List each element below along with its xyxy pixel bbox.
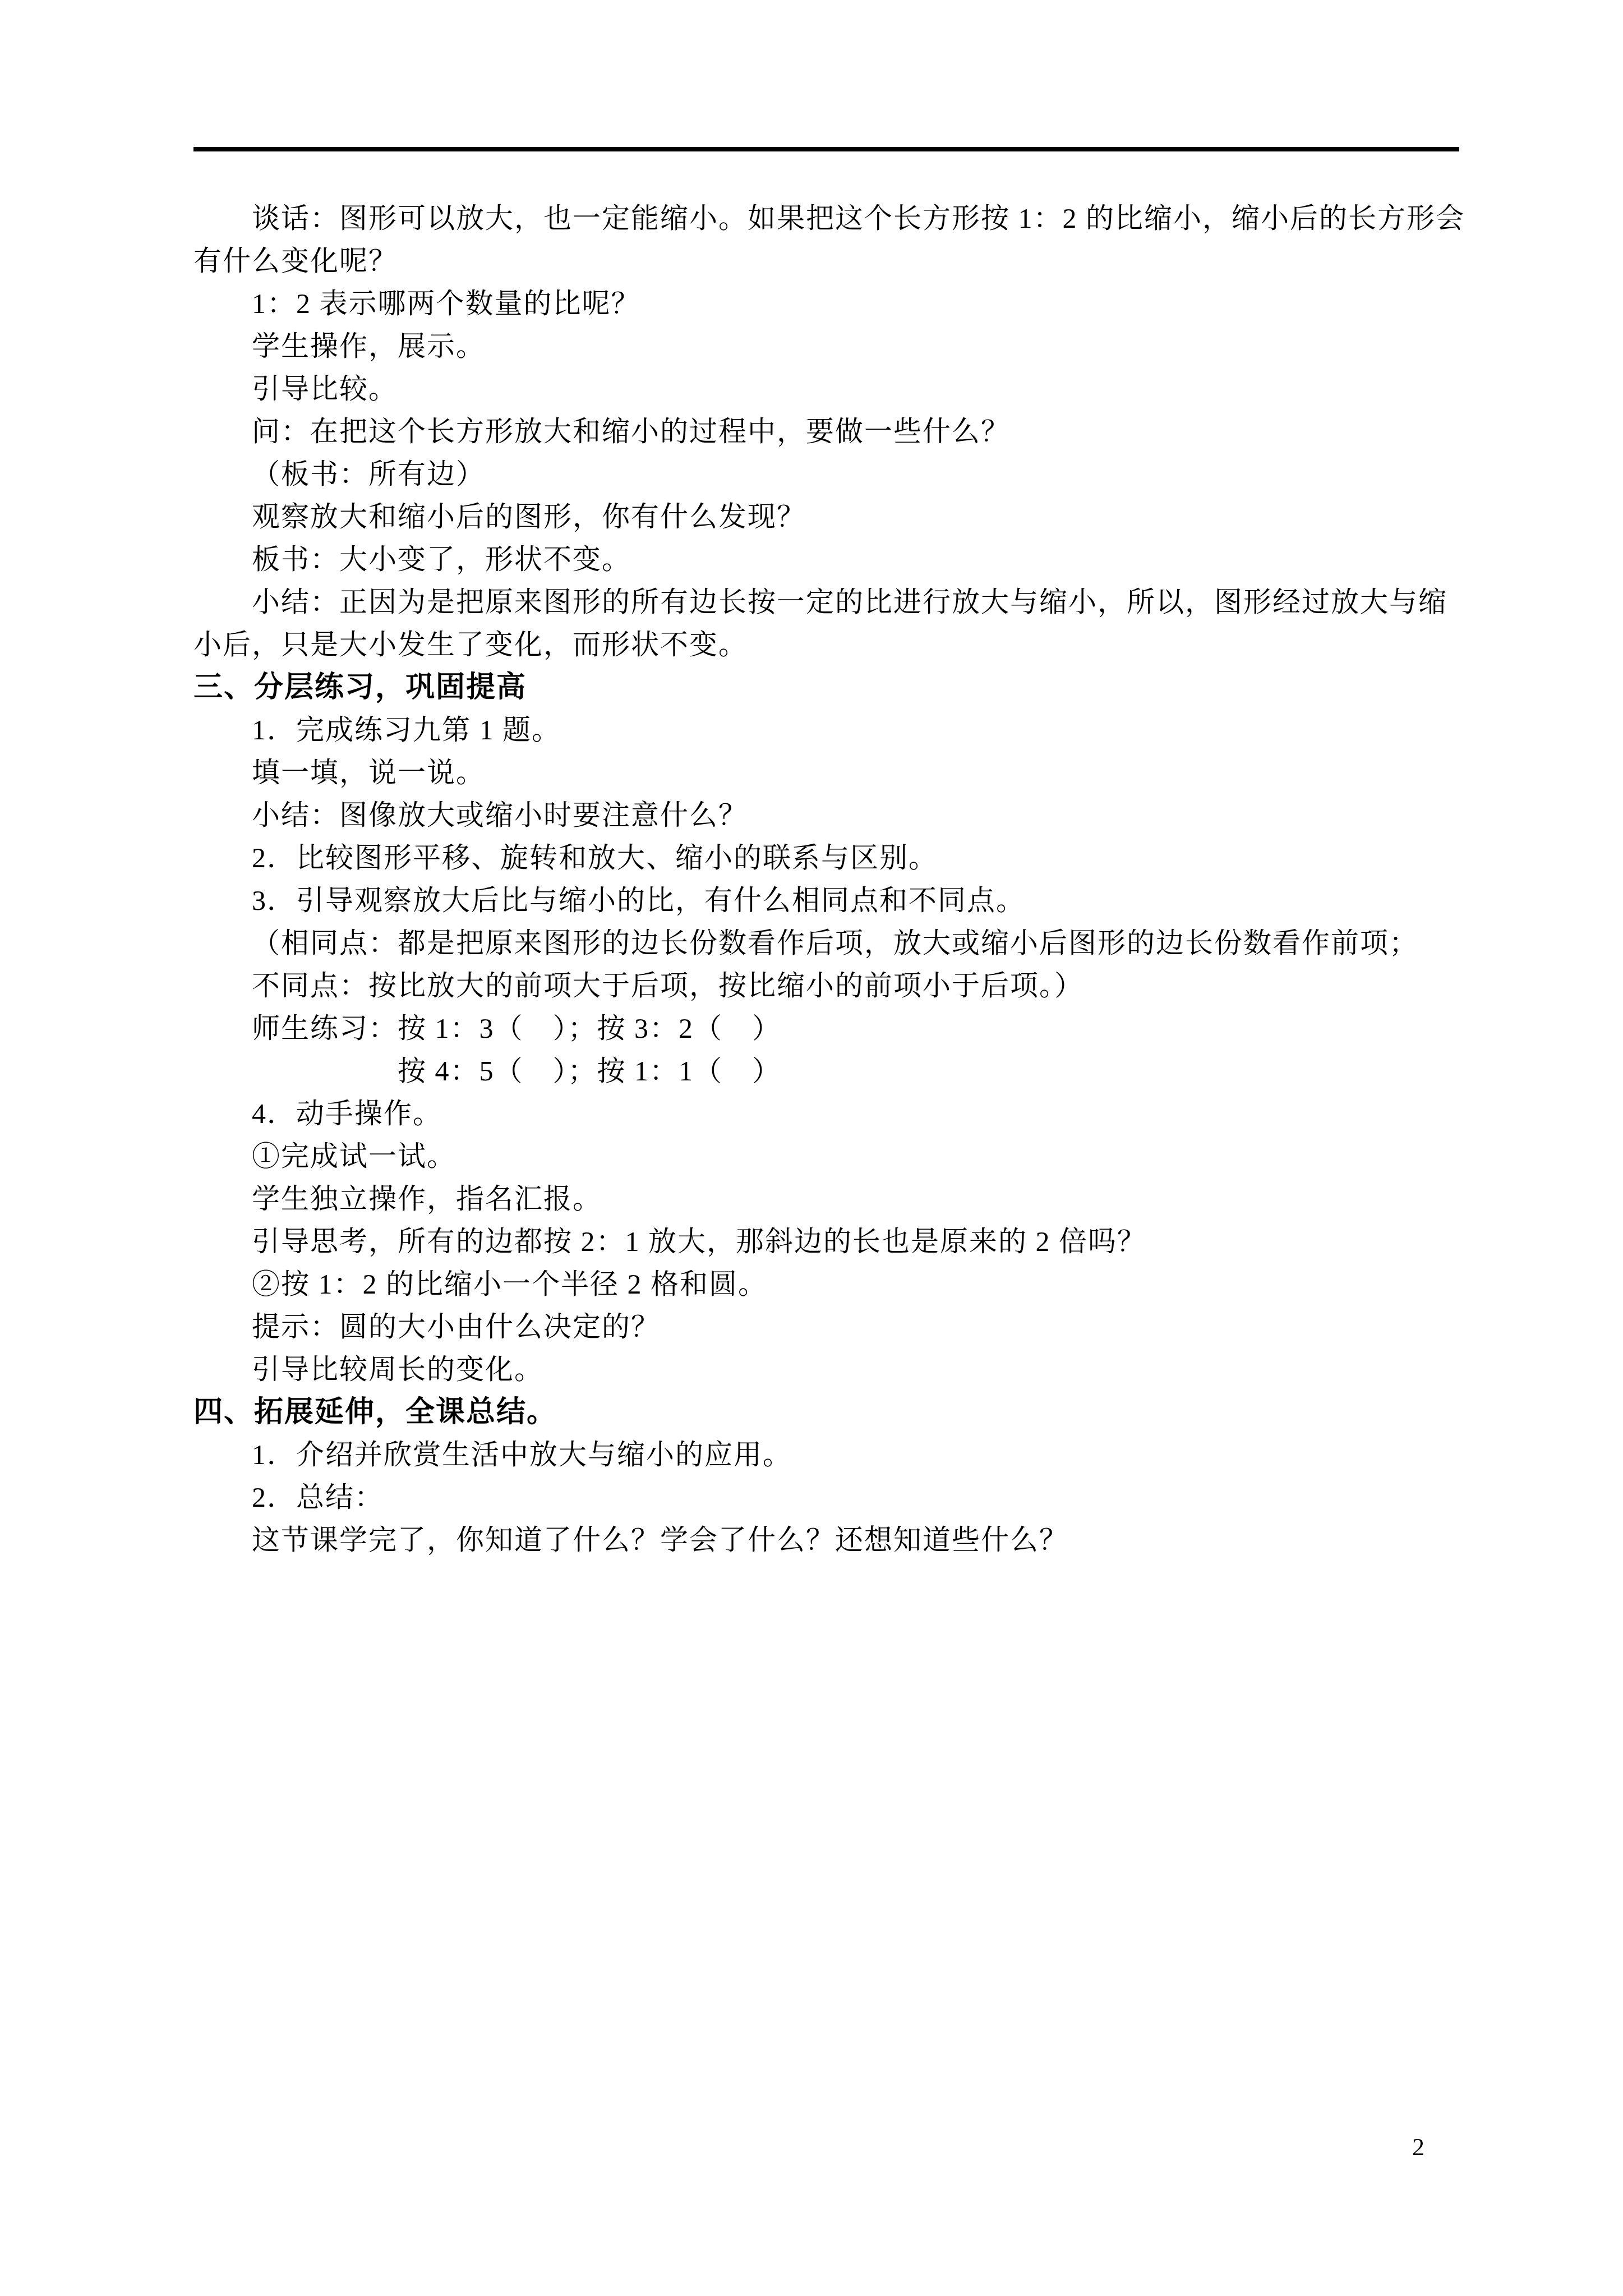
doc-line: 2．比较图形平移、旋转和放大、缩小的联系与区别。 bbox=[193, 836, 1461, 879]
doc-line: 谈话：图形可以放大，也一定能缩小。如果把这个长方形按 1：2 的比缩小，缩小后的… bbox=[193, 197, 1461, 240]
doc-line: 3．引导观察放大后比与缩小的比，有什么相同点和不同点。 bbox=[193, 879, 1461, 922]
doc-line: 1：2 表示哪两个数量的比呢？ bbox=[193, 282, 1461, 325]
doc-line: 1．完成练习九第 1 题。 bbox=[193, 708, 1461, 751]
doc-line: 学生独立操作，指名汇报。 bbox=[193, 1177, 1461, 1220]
doc-line: 引导思考，所有的边都按 2：1 放大，那斜边的长也是原来的 2 倍吗？ bbox=[193, 1220, 1461, 1263]
doc-line: 引导比较周长的变化。 bbox=[193, 1348, 1461, 1391]
doc-line: 问：在把这个长方形放大和缩小的过程中，要做一些什么？ bbox=[193, 410, 1461, 453]
doc-line: 不同点：按比放大的前项大于后项，按比缩小的前项小于后项。） bbox=[193, 964, 1461, 1007]
doc-line: 师生练习：按 1：3（ ）；按 3：2（ ） bbox=[193, 1007, 1461, 1050]
doc-line: ①完成试一试。 bbox=[193, 1135, 1461, 1177]
doc-line: 小后，只是大小发生了变化，而形状不变。 bbox=[193, 623, 1461, 666]
section-heading-4: 四、拓展延伸，全课总结。 bbox=[193, 1391, 1461, 1433]
doc-line: 1．介绍并欣赏生活中放大与缩小的应用。 bbox=[193, 1433, 1461, 1476]
doc-line: 板书：大小变了，形状不变。 bbox=[193, 538, 1461, 581]
doc-line: ②按 1：2 的比缩小一个半径 2 格和圆。 bbox=[193, 1263, 1461, 1305]
doc-line: （相同点：都是把原来图形的边长份数看作后项，放大或缩小后图形的边长份数看作前项； bbox=[193, 922, 1461, 964]
document-page: 谈话：图形可以放大，也一定能缩小。如果把这个长方形按 1：2 的比缩小，缩小后的… bbox=[0, 0, 1623, 2296]
document-body: 谈话：图形可以放大，也一定能缩小。如果把这个长方形按 1：2 的比缩小，缩小后的… bbox=[193, 197, 1461, 1561]
doc-line: 小结：正因为是把原来图形的所有边长按一定的比进行放大与缩小，所以，图形经过放大与… bbox=[193, 581, 1461, 623]
header-rule bbox=[193, 147, 1459, 151]
doc-line: 引导比较。 bbox=[193, 367, 1461, 410]
doc-line: 这节课学完了，你知道了什么？学会了什么？还想知道些什么？ bbox=[193, 1519, 1461, 1561]
section-heading-3: 三、分层练习，巩固提高 bbox=[193, 666, 1461, 708]
doc-line: 2．总结： bbox=[193, 1476, 1461, 1519]
doc-line: 学生操作，展示。 bbox=[193, 325, 1461, 367]
doc-line: 有什么变化呢？ bbox=[193, 240, 1461, 282]
doc-line: 4．动手操作。 bbox=[193, 1092, 1461, 1135]
doc-line: 观察放大和缩小后的图形，你有什么发现？ bbox=[193, 495, 1461, 538]
doc-line: 提示：圆的大小由什么决定的？ bbox=[193, 1305, 1461, 1348]
doc-line: （板书：所有边） bbox=[193, 453, 1461, 495]
doc-line: 填一填，说一说。 bbox=[193, 751, 1461, 794]
doc-line: 按 4：5（ ）；按 1：1（ ） bbox=[193, 1050, 1461, 1092]
page-number: 2 bbox=[1412, 2131, 1424, 2164]
doc-line: 小结：图像放大或缩小时要注意什么？ bbox=[193, 794, 1461, 836]
